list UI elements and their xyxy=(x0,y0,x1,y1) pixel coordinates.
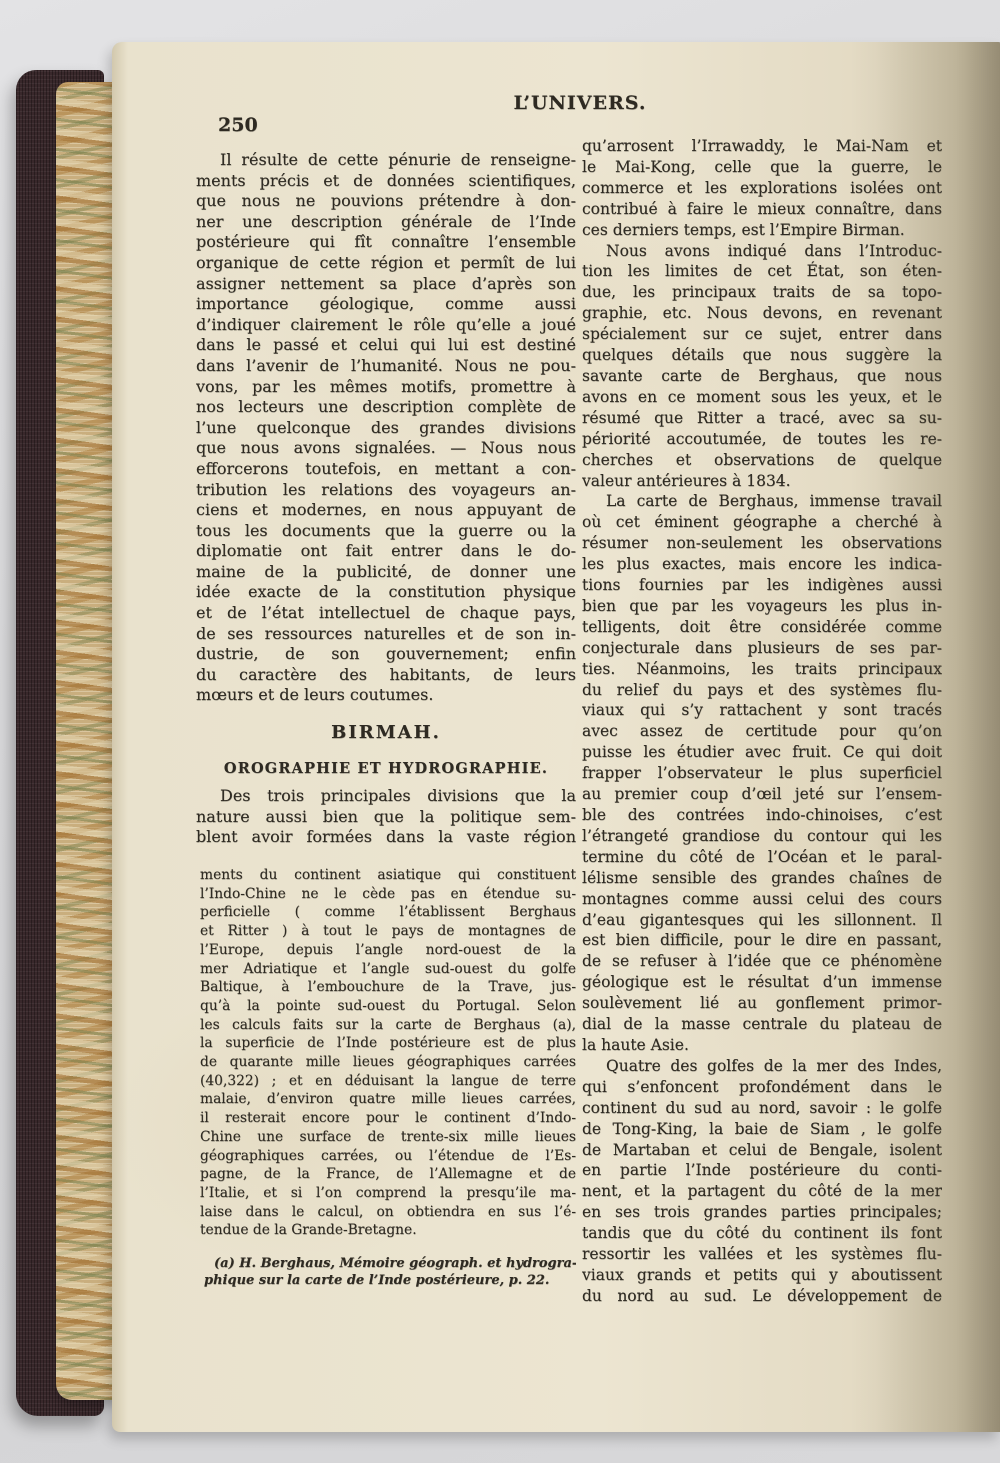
text-line: ces derniers temps, est l’Empire Birman. xyxy=(582,220,942,241)
text-line: l’étrangeté grandiose du contour qui les xyxy=(582,826,942,847)
right-column-paragraph-2: Nous avons indiqué dans l’Introduc-tion … xyxy=(582,241,942,492)
text-line: malaie, d’environ quatre mille lieues ca… xyxy=(200,1090,576,1109)
text-line: géographiques carrées, ou l’étendue de l… xyxy=(200,1147,576,1166)
text-line: soulèvement lié au gonflement primor- xyxy=(582,993,942,1014)
text-line: il resterait encore pour le continent d’… xyxy=(200,1109,576,1128)
text-line: de se refuser à l’idée que ce phénomène xyxy=(582,951,942,972)
text-line: vons, par les mêmes motifs, promettre à xyxy=(196,377,576,398)
text-line: l’Europe, depuis l’angle nord-ouest de l… xyxy=(200,941,576,960)
text-line: dial de la masse centrale du plateau de xyxy=(582,1014,942,1035)
text-line: ties. Néanmoins, les traits principaux xyxy=(582,659,942,680)
text-line: nos lecteurs une description complète de xyxy=(196,397,576,418)
text-line: due, les principaux traits de sa topo- xyxy=(582,282,942,303)
text-line: viaux grands et petits qui y aboutissent xyxy=(582,1265,942,1286)
right-column-paragraph-4: Quatre des golfes de la mer des Indes,qu… xyxy=(582,1056,942,1307)
text-line: d’eau gigantesques qui les sillonnent. I… xyxy=(582,910,942,931)
text-line: importance géologique, comme aussi xyxy=(196,294,576,315)
text-line: Nous avons indiqué dans l’Introduc- xyxy=(582,241,942,262)
text-line: est bien difficile, pour le dire en pass… xyxy=(582,930,942,951)
text-line: mer Adriatique et l’angle sud-ouest du g… xyxy=(200,960,576,979)
text-line: ble des contrées indo-chinoises, c’est xyxy=(582,805,942,826)
text-line: perficielle ( comme l’établissent Bergha… xyxy=(200,903,576,922)
text-line: ments du continent asiatique qui constit… xyxy=(200,866,576,885)
text-line: où cet éminent géographe a cherché à xyxy=(582,512,942,533)
text-line: qui s’enfoncent profondément dans le xyxy=(582,1077,942,1098)
footnote-text: ments du continent asiatique qui constit… xyxy=(200,866,576,1240)
text-line: idée exacte de la constitution physique xyxy=(196,582,576,603)
text-line: laise dans le calcul, on obtiendra en su… xyxy=(200,1203,576,1222)
text-line: de quarante mille lieues géographiques c… xyxy=(200,1053,576,1072)
footnote-citation: (a) H. Berghaus, Mémoire géograph. et hy… xyxy=(204,1256,576,1289)
text-line: la superficie de l’Inde postérieure est … xyxy=(200,1034,576,1053)
text-line: l’Italie, et si l’on comprend la presqu’… xyxy=(200,1184,576,1203)
text-line: puisse les étudier avec fruit. Ce qui do… xyxy=(582,742,942,763)
text-line: ressortir les vallées et les systèmes fl… xyxy=(582,1244,942,1265)
text-line: le Mai-Kong, celle que la guerre, le xyxy=(582,157,942,178)
text-line: du caractère des habitants, de leurs xyxy=(196,665,576,686)
text-line: avec assez de certitude pour qu’on xyxy=(582,721,942,742)
text-line: frapper l’observateur le plus superficie… xyxy=(582,763,942,784)
text-line: commerce et les explorations isolées ont xyxy=(582,178,942,199)
text-line: résumé que Ritter a tracé, avec sa su- xyxy=(582,408,942,429)
text-line: nature aussi bien que la politique sem- xyxy=(196,807,576,828)
text-line: du relief du pays et des systèmes flu- xyxy=(582,680,942,701)
text-line: valeur antérieures à 1834. xyxy=(582,471,942,492)
text-line: graphie, etc. Nous devons, en revenant xyxy=(582,303,942,324)
text-line: quelques détails que nous suggère la xyxy=(582,345,942,366)
text-line: que nous ne pouvions prétendre à don- xyxy=(196,191,576,212)
subsection-heading-orographie: OROGRAPHIE ET HYDROGRAPHIE. xyxy=(196,760,576,777)
text-line: Il résulte de cette pénurie de renseigne… xyxy=(196,150,576,171)
text-line: savante carte de Berghaus, que nous xyxy=(582,366,942,387)
text-line: montagnes comme aussi celui des cours xyxy=(582,889,942,910)
text-line: termine du côté de l’Océan et le paral- xyxy=(582,847,942,868)
text-line: et Ritter ) à tout le pays de montagnes … xyxy=(200,922,576,941)
text-line: résumer non-seulement les observations xyxy=(582,533,942,554)
text-line: Des trois principales divisions que la xyxy=(196,786,576,807)
text-line: mœurs et de leurs coutumes. xyxy=(196,685,576,706)
text-line: Chine une surface de trente-six mille li… xyxy=(200,1128,576,1147)
text-line: avons en ce moment sous les yeux, et le xyxy=(582,387,942,408)
text-line: blent avoir formées dans la vaste région xyxy=(196,827,576,848)
text-line: ner une description générale de l’Inde xyxy=(196,212,576,233)
text-line: en ses trois grandes parties principales… xyxy=(582,1202,942,1223)
text-line: conjecturale dans plusieurs de ses par- xyxy=(582,638,942,659)
text-line: maine de la publicité, de donner une xyxy=(196,562,576,583)
text-line: spécialement sur ce sujet, entrer dans xyxy=(582,324,942,345)
text-line: Baltique, à l’embouchure de la Trave, ju… xyxy=(200,978,576,997)
text-line: au premier coup d’œil jeté sur l’ensem- xyxy=(582,784,942,805)
text-line: (a) H. Berghaus, Mémoire géograph. et hy… xyxy=(204,1256,576,1273)
left-column-paragraph-2: Des trois principales divisions que lana… xyxy=(196,786,576,848)
text-line: tions fournies par les indigènes aussi xyxy=(582,575,942,596)
text-line: tous les documents que la guerre ou la xyxy=(196,521,576,542)
text-line: les calculs faits sur la carte de Bergha… xyxy=(200,1016,576,1035)
text-line: lélisme sensible des grandes chaînes de xyxy=(582,868,942,889)
text-line: du nord au sud. Le développement de xyxy=(582,1286,942,1307)
text-line: que nous avons signalées. — Nous nous xyxy=(196,438,576,459)
text-line: ments précis et de données scientifiques… xyxy=(196,171,576,192)
running-header: L’UNIVERS. xyxy=(500,92,660,114)
page-number: 250 xyxy=(218,114,258,136)
text-line: Quatre des golfes de la mer des Indes, xyxy=(582,1056,942,1077)
text-line: périorité accoutumée, de toutes les re- xyxy=(582,429,942,450)
left-column-paragraph-1: Il résulte de cette pénurie de renseigne… xyxy=(196,150,576,706)
text-line: l’une quelconque des grandes divisions xyxy=(196,418,576,439)
right-column: qu’arrosent l’Irrawaddy, le Mai-Nam etle… xyxy=(582,136,942,1307)
text-line: de ses ressources naturelles et de son i… xyxy=(196,624,576,645)
text-line: tendue de la Grande-Bretagne. xyxy=(200,1221,576,1240)
text-line: d’indiquer clairement le rôle qu’elle a … xyxy=(196,315,576,336)
text-line: dustrie, de son gouvernement; enfin xyxy=(196,644,576,665)
text-line: les plus exactes, mais encore les indica… xyxy=(582,554,942,575)
text-line: telligents, doit être considérée comme xyxy=(582,617,942,638)
text-line: cherches et observations de quelque xyxy=(582,450,942,471)
text-line: qu’arrosent l’Irrawaddy, le Mai-Nam et xyxy=(582,136,942,157)
text-line: contribué à faire le mieux connaître, da… xyxy=(582,199,942,220)
text-line: bien que par les voyageurs les plus in- xyxy=(582,596,942,617)
text-line: en partie l’Inde postérieure du conti- xyxy=(582,1160,942,1181)
text-line: qu’à la pointe sud-ouest du Portugal. Se… xyxy=(200,997,576,1016)
text-line: organique de cette région et permît de l… xyxy=(196,253,576,274)
text-line: pagne, de la France, de l’Allemagne et d… xyxy=(200,1165,576,1184)
text-line: La carte de Berghaus, immense travail xyxy=(582,491,942,512)
right-column-paragraph-3: La carte de Berghaus, immense travailoù … xyxy=(582,491,942,1055)
text-line: de Martaban et celui de Bengale, isolent xyxy=(582,1140,942,1161)
book-page: L’UNIVERS. 250 Il résulte de cette pénur… xyxy=(112,42,1000,1432)
text-line: l’Indo-Chine ne le cède pas en étendue s… xyxy=(200,885,576,904)
text-line: tion les limites de cet État, son éten- xyxy=(582,261,942,282)
text-line: tandis que du côté du continent ils font xyxy=(582,1223,942,1244)
text-line: assigner nettement sa place d’après son xyxy=(196,274,576,295)
section-heading-birmah: BIRMAH. xyxy=(196,722,576,743)
text-line: dans l’avenir de l’humanité. Nous ne pou… xyxy=(196,356,576,377)
text-line: (40,322) ; et en déduisant la langue de … xyxy=(200,1072,576,1091)
right-column-paragraph-1: qu’arrosent l’Irrawaddy, le Mai-Nam etle… xyxy=(582,136,942,241)
text-line: la haute Asie. xyxy=(582,1035,942,1056)
text-line: tribution les relations des voyageurs an… xyxy=(196,480,576,501)
text-line: de Tong-King, la baie de Siam , le golfe xyxy=(582,1119,942,1140)
text-line: efforcerons toutefois, en mettant a con- xyxy=(196,459,576,480)
text-line: ciens et modernes, en nous appuyant de xyxy=(196,500,576,521)
text-line: dans le passé et celui qui lui est desti… xyxy=(196,335,576,356)
text-line: géologique est le résultat d’un immense xyxy=(582,972,942,993)
photo-backdrop: L’UNIVERS. 250 Il résulte de cette pénur… xyxy=(0,0,1000,1463)
text-line: phique sur la carte de l’Inde postérieur… xyxy=(204,1273,576,1290)
text-line: nent, et la partagent du côté de la mer xyxy=(582,1181,942,1202)
text-line: diplomatie ont fait entrer dans le do- xyxy=(196,541,576,562)
text-line: viaux qui s’y rattachent y sont tracés xyxy=(582,700,942,721)
text-line: postérieure qui fît connaître l’ensemble xyxy=(196,232,576,253)
text-line: et de l’état intellectuel de chaque pays… xyxy=(196,603,576,624)
text-line: continent du sud au nord, savoir : le go… xyxy=(582,1098,942,1119)
